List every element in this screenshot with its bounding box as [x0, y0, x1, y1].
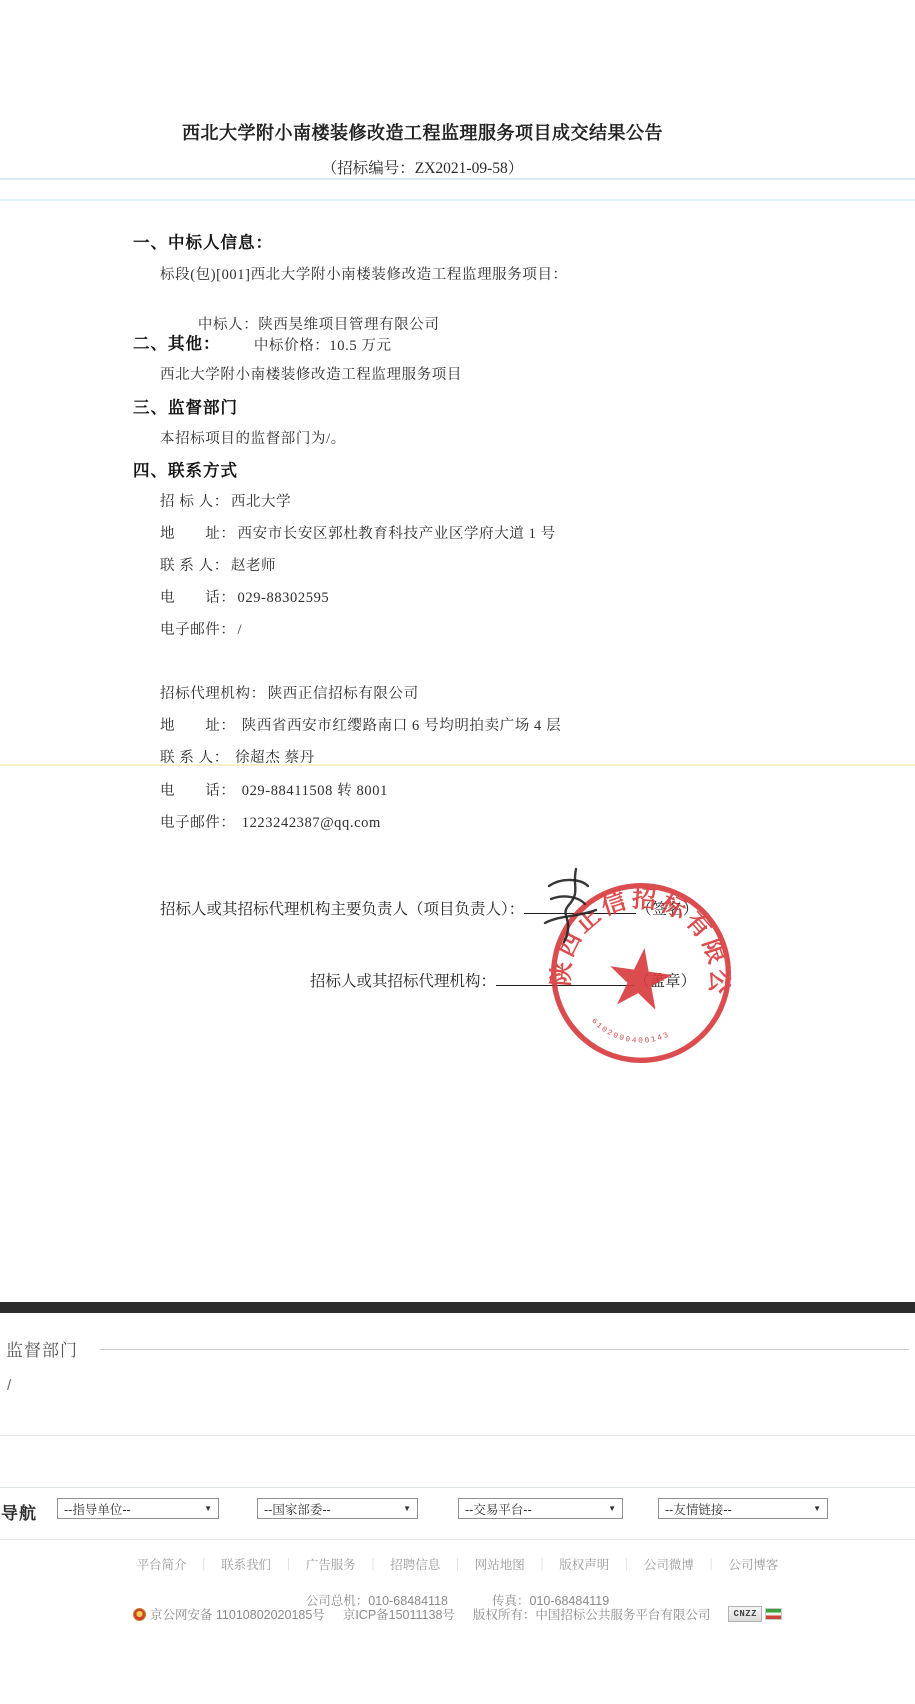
chevron-down-icon: ▼ — [204, 1504, 212, 1513]
chevron-down-icon: ▼ — [608, 1504, 616, 1513]
divider-line — [0, 1435, 915, 1436]
cnzz-flag-icon — [765, 1608, 782, 1620]
contact-row: 电子邮件： 1223242387@qq.com — [160, 811, 381, 832]
contact-label: 招 标 人： — [160, 494, 229, 510]
scan-artifact-line — [0, 178, 915, 180]
signature-label: 招标人或其招标代理机构主要负责人（项目负责人）： — [160, 901, 524, 918]
dropdown-value: --交易平台-- — [465, 1500, 532, 1518]
winner-price: 中标价格：10.5 万元 — [254, 338, 392, 354]
contact-value: 陕西正信招标有限公司 — [268, 686, 419, 702]
supervision-line: 本招标项目的监督部门为/。 — [160, 427, 346, 448]
other-line: 西北大学附小南楼装修改造工程监理服务项目 — [160, 363, 462, 384]
contact-value: 陕西省西安市红缨路南口 6 号均明拍卖广场 4 层 — [238, 718, 562, 734]
contact-row: 电 话：029-88302595 — [160, 586, 329, 607]
contact-label: 招标代理机构： — [160, 686, 266, 702]
contact-row: 地 址： 陕西省西安市红缨路南口 6 号均明拍卖广场 4 层 — [160, 714, 561, 735]
contact-value: 029-88302595 — [238, 590, 330, 606]
handwritten-signature — [540, 866, 604, 952]
footer-legal-row: 京公网安备 11010802020185号 京ICP备15011138号 版权所… — [0, 1605, 915, 1623]
contact-value: 西北大学 — [231, 494, 291, 510]
divider-line — [0, 1539, 915, 1540]
cnzz-label: CNZZ — [728, 1606, 762, 1622]
cnzz-stats-badge[interactable]: CNZZ — [728, 1606, 782, 1622]
footer-link-platform-intro[interactable]: 平台简介 — [137, 1555, 187, 1573]
copyright-text: 版权所有：中国招标公共服务平台有限公司 — [473, 1605, 711, 1623]
footer-link-ad-service[interactable]: 广告服务 — [271, 1555, 356, 1573]
footer-link-copyright-notice[interactable]: 版权声明 — [525, 1555, 610, 1573]
doc-tender-number: （招标编号：ZX2021-09-58） — [0, 156, 845, 178]
contact-value: 1223242387@qq.com — [238, 815, 381, 831]
contact-row: 联 系 人：赵老师 — [160, 554, 276, 575]
supervise-value: / — [7, 1377, 11, 1394]
supervise-heading: 监督部门 — [6, 1336, 78, 1361]
dropdown-national-ministries[interactable]: --国家部委-- ▼ — [257, 1498, 418, 1519]
svg-text:6102000400143: 6102000400143 — [587, 1017, 673, 1051]
contact-label: 电子邮件： — [160, 622, 236, 638]
footer-link-blog[interactable]: 公司博客 — [694, 1555, 779, 1573]
scan-artifact-line — [0, 199, 915, 201]
seal-star — [605, 944, 675, 1012]
chevron-down-icon: ▼ — [813, 1504, 821, 1513]
contact-label: 地 址： — [160, 526, 236, 542]
police-beian-link[interactable]: 京公网安备 11010802020185号 — [133, 1605, 325, 1623]
section-heading-contact: 四、联系方式 — [133, 457, 238, 481]
chevron-down-icon: ▼ — [403, 1504, 411, 1513]
contact-label: 电子邮件： — [160, 815, 236, 831]
nav-label: 导航 — [1, 1499, 37, 1524]
winner-name: 中标人：陕西昊维项目管理有限公司 — [198, 317, 440, 333]
police-beian-text: 京公网安备 11010802020185号 — [150, 1605, 325, 1623]
footer-link-recruitment[interactable]: 招聘信息 — [356, 1555, 441, 1573]
footer-link-weibo[interactable]: 公司微博 — [609, 1555, 694, 1573]
contact-label: 地 址： — [160, 718, 236, 734]
contact-value: 西安市长安区郭杜教育科技产业区学府大道 1 号 — [238, 526, 556, 542]
supervise-rule — [100, 1349, 909, 1350]
contact-row: 地 址：西安市长安区郭杜教育科技产业区学府大道 1 号 — [160, 522, 556, 543]
announcement-document: 西北大学附小南楼装修改造工程监理服务项目成交结果公告 （招标编号：ZX2021-… — [0, 0, 915, 1704]
contact-value: / — [238, 622, 243, 638]
footer-link-contact-us[interactable]: 联系我们 — [187, 1555, 272, 1573]
supervise-section: 监督部门 — [6, 1336, 909, 1361]
lot-line: 标段(包)[001]西北大学附小南楼装修改造工程监理服务项目： — [160, 263, 568, 284]
footer-link-sitemap[interactable]: 网站地图 — [440, 1555, 525, 1573]
scan-artifact-line — [0, 764, 915, 766]
stamp-label: 招标人或其招标代理机构： — [310, 973, 496, 990]
dropdown-trading-platforms[interactable]: --交易平台-- ▼ — [458, 1498, 623, 1519]
contact-label: 联 系 人： — [160, 750, 229, 766]
contact-label: 电 话： — [160, 783, 236, 799]
section-heading-other: 二、其他： — [133, 330, 221, 354]
contact-row: 招 标 人：西北大学 — [160, 490, 291, 511]
dropdown-value: --友情链接-- — [665, 1500, 732, 1518]
contact-value: 029-88411508 转 8001 — [238, 783, 388, 799]
contact-label: 联 系 人： — [160, 558, 229, 574]
contact-row: 电子邮件：/ — [160, 618, 242, 639]
icp-beian-text: 京ICP备15011138号 — [343, 1605, 455, 1623]
footer-links: 平台简介 联系我们 广告服务 招聘信息 网站地图 版权声明 公司微博 公司博客 — [0, 1555, 915, 1573]
section-divider-bar — [0, 1302, 915, 1313]
doc-title: 西北大学附小南楼装修改造工程监理服务项目成交结果公告 — [0, 119, 845, 145]
contact-label: 电 话： — [160, 590, 236, 606]
dropdown-value: --国家部委-- — [264, 1500, 331, 1518]
contact-row: 电 话： 029-88411508 转 8001 — [160, 779, 388, 800]
dropdown-value: --指导单位-- — [64, 1500, 131, 1518]
dropdown-guiding-units[interactable]: --指导单位-- ▼ — [57, 1498, 219, 1519]
section-heading-winner-info: 一、中标人信息： — [133, 229, 273, 253]
contact-value: 赵老师 — [231, 558, 276, 574]
contact-value: 徐超杰 蔡丹 — [231, 750, 315, 766]
icp-beian-link[interactable]: 京ICP备15011138号 — [343, 1605, 455, 1623]
divider-line — [0, 1487, 915, 1488]
contact-row: 联 系 人： 徐超杰 蔡丹 — [160, 746, 315, 767]
dropdown-friendly-links[interactable]: --友情链接-- ▼ — [658, 1498, 828, 1519]
contact-row: 招标代理机构：陕西正信招标有限公司 — [160, 682, 419, 703]
section-heading-supervision: 三、监督部门 — [133, 394, 238, 418]
police-badge-icon — [133, 1608, 146, 1621]
